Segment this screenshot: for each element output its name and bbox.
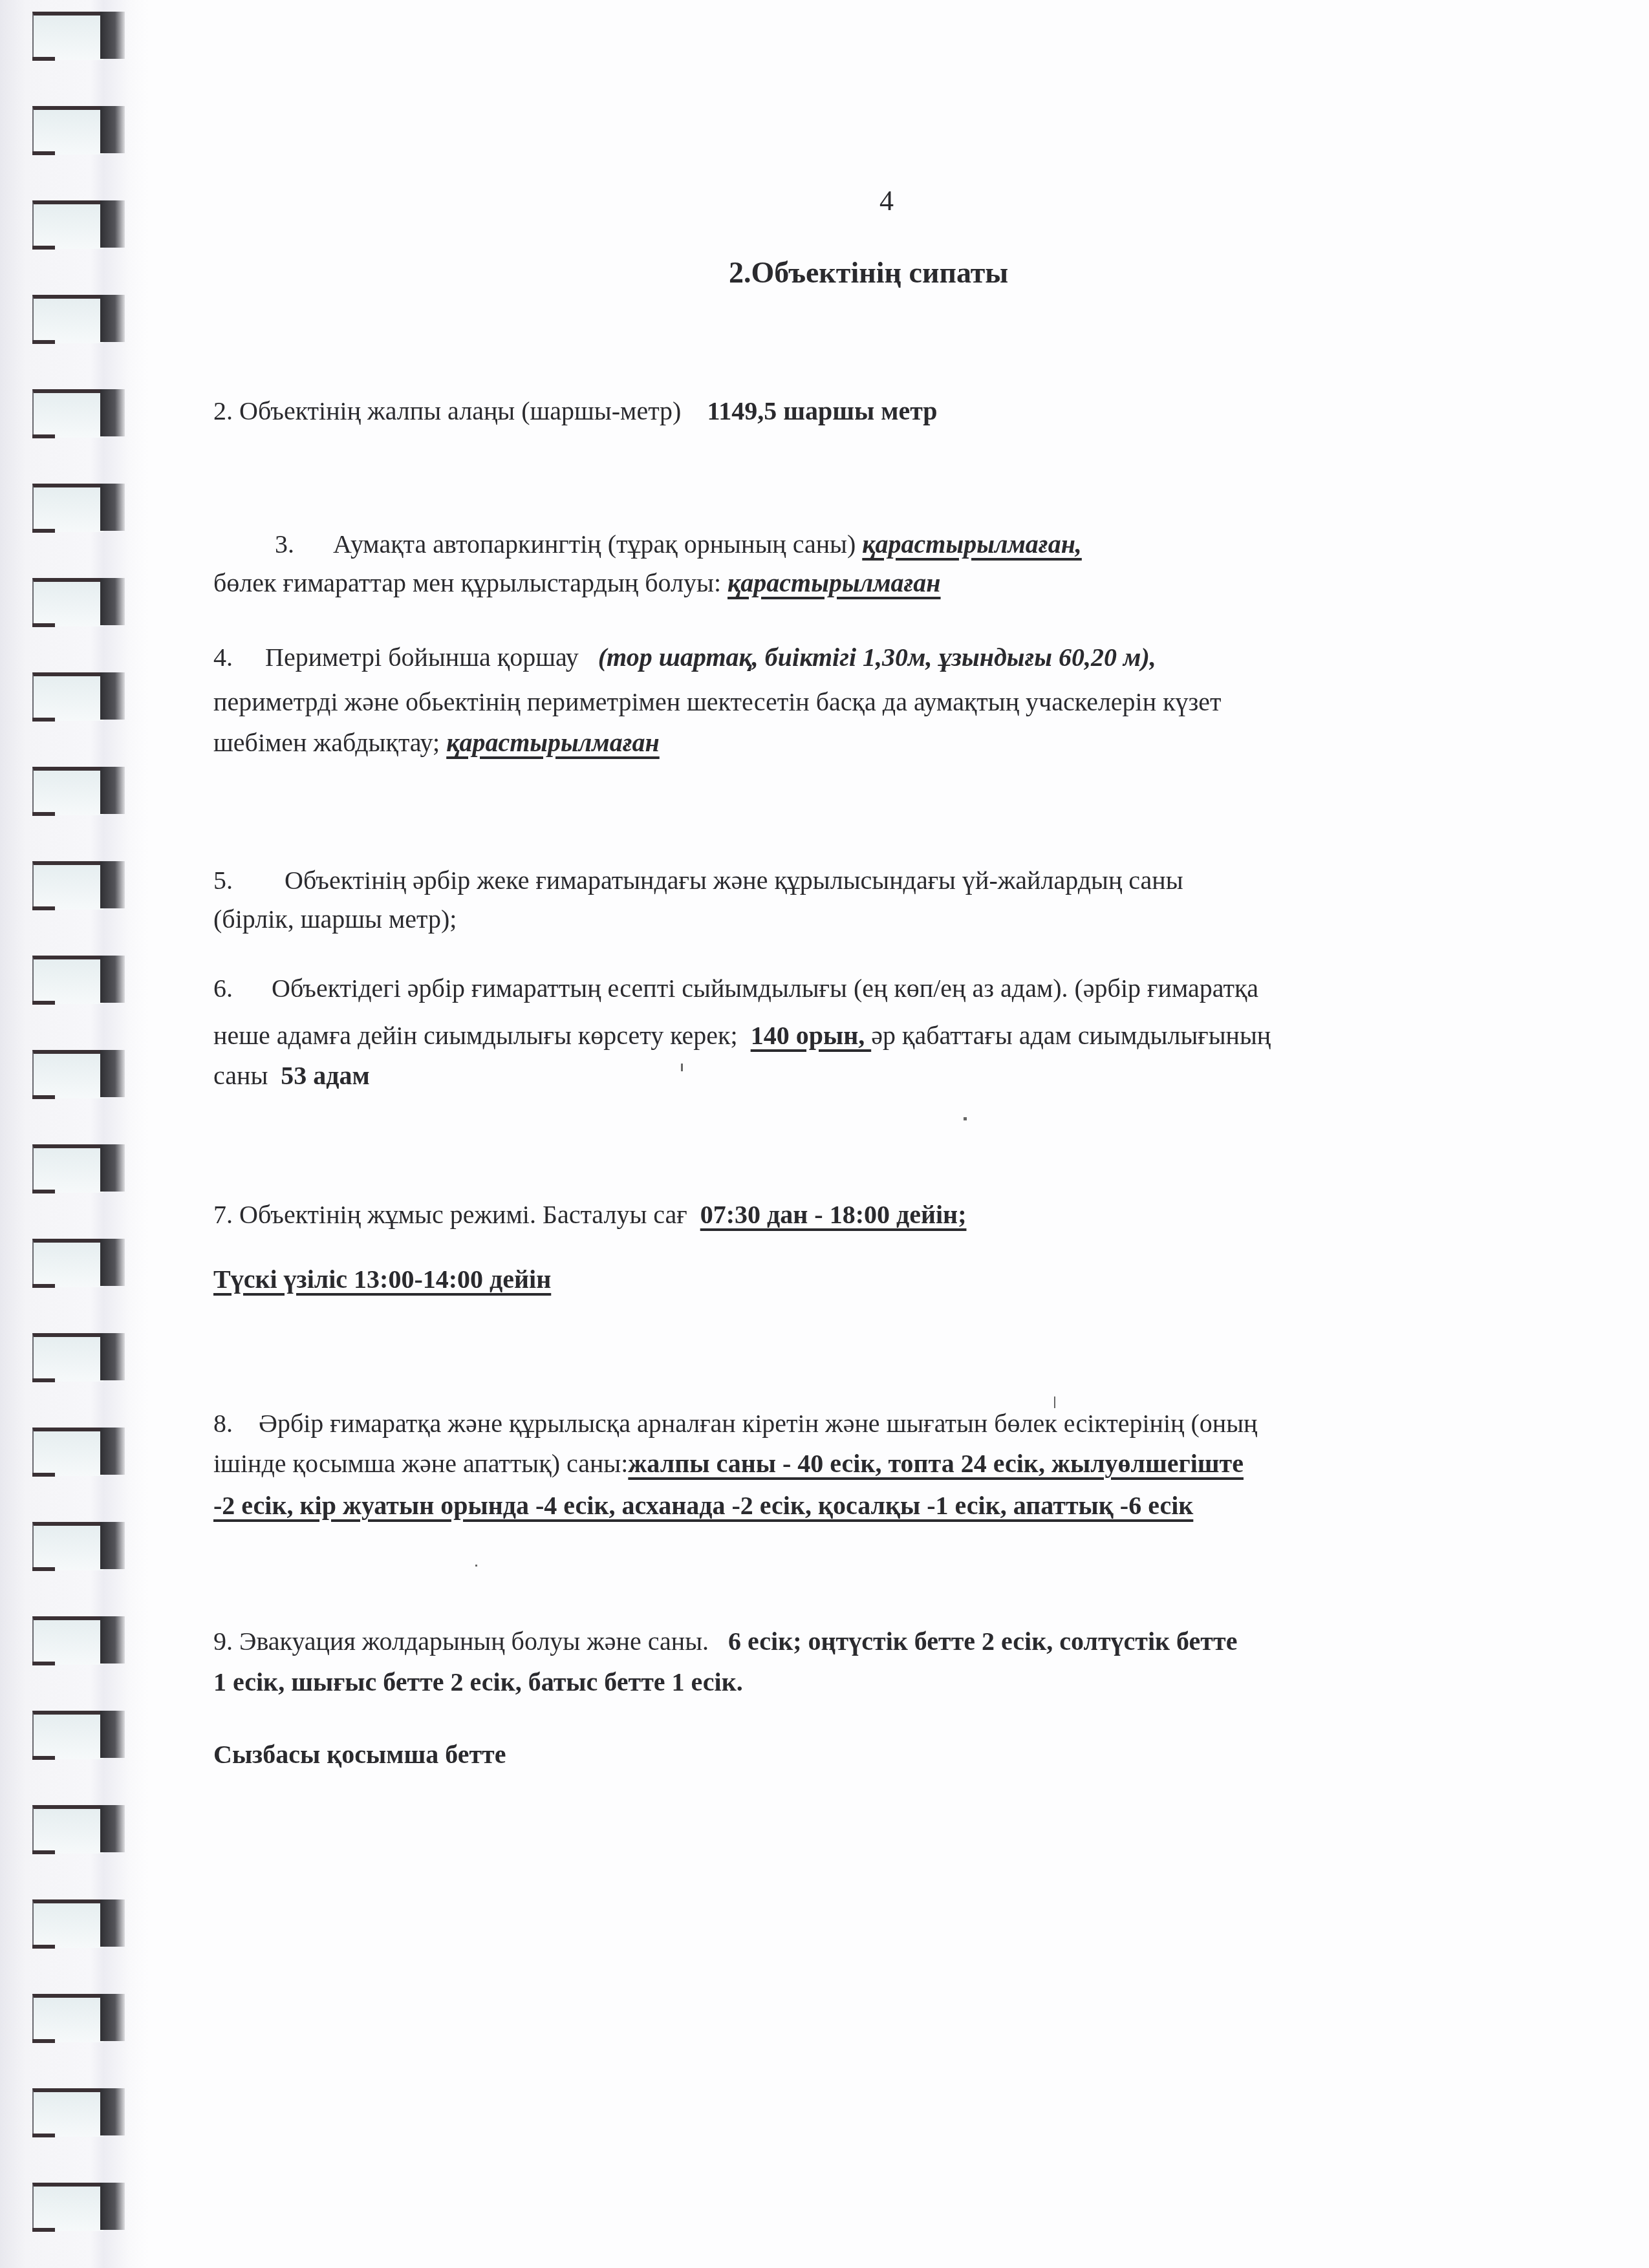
item-2-value: 1149,5 шаршы метр	[707, 396, 937, 425]
item-6-line-2: неше адамға дейін сиымдылығы көрсету кер…	[213, 1020, 1271, 1051]
scan-speck	[681, 1064, 683, 1071]
section-title: 2.Объектінің сипаты	[729, 255, 1008, 290]
item-4-line-2: периметрді және обьектінің периметрімен …	[213, 687, 1222, 717]
item-3-buildings-label: бөлек ғимараттар мен құрылыстардың болуы…	[213, 568, 721, 597]
item-3-line-1: 3. Аумақта автопаркингтің (тұрақ орнының…	[275, 529, 1082, 559]
item-8-doors-value-1: жалпы саны - 40 есік, топта 24 есік, жыл…	[628, 1449, 1244, 1478]
item-5-text: Объектінің әрбір жеке ғимаратындағы және…	[285, 866, 1183, 895]
item-4-line-3: шебімен жабдықтау; қарастырылмаған	[213, 727, 660, 758]
item-6-line-1: 6. Объектідегі әрбір ғимараттың есепті с…	[213, 973, 1258, 1003]
item-6-count-label: саны	[213, 1061, 268, 1090]
item-4-fence-label: Периметрі бойынша қоршау	[265, 643, 579, 672]
item-3-line-2: бөлек ғимараттар мен құрылыстардың болуы…	[213, 568, 941, 598]
item-7-lunch-break: Түскі үзіліс 13:00-14:00 дейін	[213, 1264, 551, 1294]
item-9-line-1: 9. Эвакуация жолдарының болуы және саны.…	[213, 1626, 1237, 1656]
item-8-doors-value-2: -2 есік, кір жуатын орында -4 есік, асха…	[213, 1490, 1193, 1521]
item-2: 2. Объектінің жалпы алаңы (шаршы-метр) 1…	[213, 396, 938, 426]
page-number: 4	[879, 184, 894, 217]
item-3-parking-label: Аумақта автопаркингтің (тұрақ орнының са…	[333, 530, 856, 559]
item-8-line-1: 8. Әрбір ғимаратқа және құрылысқа арналғ…	[213, 1408, 1258, 1439]
item-4-line-1: 4. Периметрі бойынша қоршау (тор шартақ,…	[213, 642, 1156, 672]
item-5-line-1: 5. Объектінің әрбір жеке ғимаратындағы ж…	[213, 865, 1183, 895]
item-2-label: 2. Объектінің жалпы алаңы (шаршы-метр)	[213, 396, 681, 425]
item-6-number: 6.	[213, 974, 233, 1003]
item-7-label: 7. Объектінің жұмыс режимі. Басталуы сағ	[213, 1200, 687, 1229]
item-9-value-2: 1 есік, шығыс бетте 2 есік, батыс бетте …	[213, 1667, 743, 1697]
item-3-buildings-value: қарастырылмаған	[727, 568, 941, 597]
item-7-hours-value: 07:30 дан - 18:00 дейін;	[700, 1200, 967, 1229]
item-6-floor-capacity-label: әр қабаттағы адам сиымдылығының	[871, 1021, 1271, 1050]
item-4-guard-label: шебімен жабдықтау;	[213, 728, 440, 757]
item-5-line-2: (бірлік, шаршы метр);	[213, 904, 457, 934]
item-8-text: Әрбір ғимаратқа және құрылысқа арналған …	[259, 1409, 1258, 1438]
item-8-doors-label: ішінде қосымша және апаттық) саны:	[213, 1449, 628, 1478]
scheme-note: Сызбасы қосымша бетте	[213, 1739, 506, 1770]
item-7-line-1: 7. Объектінің жұмыс режимі. Басталуы сағ…	[213, 1199, 966, 1230]
item-6-capacity-value: 140 орын,	[751, 1021, 872, 1050]
item-6-count-value: 53 адам	[281, 1061, 369, 1090]
scan-speck	[964, 1117, 967, 1120]
item-4-guard-value: қарастырылмаған	[446, 728, 660, 757]
item-5-number: 5.	[213, 866, 233, 895]
document-page: 4 2.Объектінің сипаты 2. Объектінің жалп…	[0, 0, 1649, 2268]
scan-speck	[1054, 1396, 1055, 1408]
item-4-number: 4.	[213, 643, 233, 672]
item-6-line-3: саны 53 адам	[213, 1060, 370, 1091]
item-9-value-1: 6 есік; оңтүстік бетте 2 есік, солтүстік…	[728, 1627, 1237, 1656]
item-6-capacity-label: неше адамға дейін сиымдылығы көрсету кер…	[213, 1021, 738, 1050]
item-3-number: 3.	[275, 530, 294, 559]
item-6-text: Объектідегі әрбір ғимараттың есепті сыйы…	[272, 974, 1258, 1003]
scan-speck	[475, 1565, 477, 1567]
item-9-label: 9. Эвакуация жолдарының болуы және саны.	[213, 1627, 709, 1656]
item-8-number: 8.	[213, 1409, 233, 1438]
item-8-line-2: ішінде қосымша және апаттық) саны:жалпы …	[213, 1448, 1244, 1479]
item-3-parking-value: қарастырылмаған,	[862, 530, 1082, 559]
item-4-fence-value: (тор шартақ, биіктігі 1,30м, ұзындығы 60…	[598, 643, 1156, 672]
